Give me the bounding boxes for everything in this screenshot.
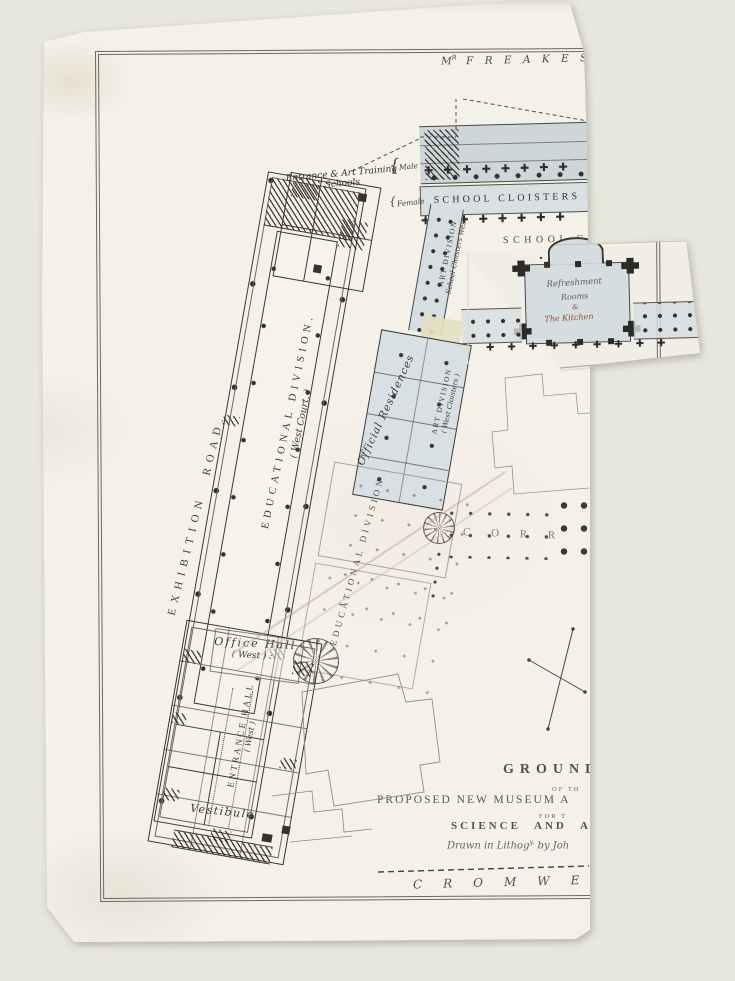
porch-steps-outline (272, 791, 372, 842)
cromwell-road-edge (378, 866, 589, 872)
south-building-outline (302, 674, 440, 806)
flap-bottom-edge (560, 356, 699, 368)
gallery-outline-steps (492, 374, 590, 494)
setting-out-line (232, 472, 505, 654)
flap-shadow (560, 359, 699, 371)
boundary-dashed-lines (352, 99, 588, 171)
plan-linework (0, 0, 735, 981)
compass-cross-icon (527, 627, 587, 731)
scanned-ground-plan: ✚✚✚✚✚✚✚✚ SCHOOL CLOISTERS ✚✚✚✚✚✚✚✚ SCHOO… (0, 0, 735, 981)
setting-out-line (238, 488, 512, 670)
flap-top-edge (556, 241, 686, 245)
paper-wrapper: ✚✚✚✚✚✚✚✚ SCHOOL CLOISTERS ✚✚✚✚✚✚✚✚ SCHOO… (0, 0, 735, 981)
paper-sheet: ✚✚✚✚✚✚✚✚ SCHOOL CLOISTERS ✚✚✚✚✚✚✚✚ SCHOO… (0, 0, 735, 981)
